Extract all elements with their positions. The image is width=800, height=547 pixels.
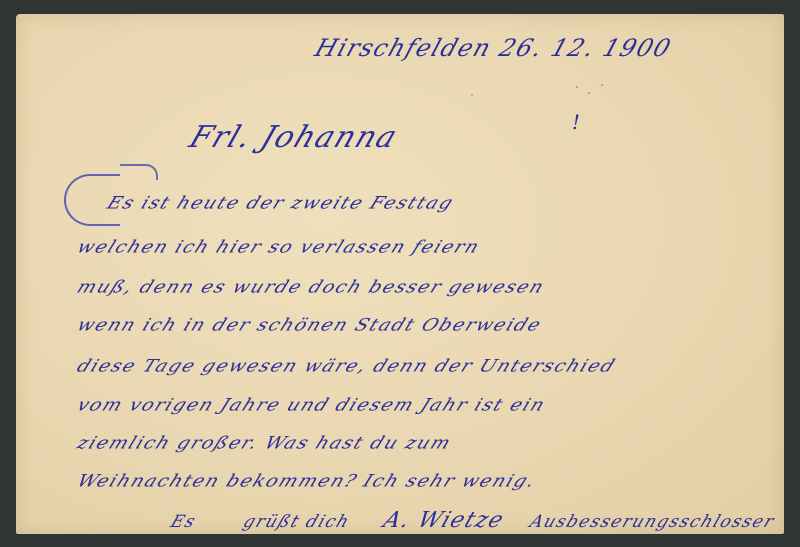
salutation-mark: ! — [572, 110, 582, 134]
closing-prefix: Es — [168, 512, 199, 532]
body-line: ziemlich großer. Was hast du zum — [74, 433, 455, 453]
postcard: Hirschfelden 26. 12. 1900 Frl. Johanna !… — [16, 14, 784, 534]
closing-greeting: grüßt dich — [240, 512, 353, 532]
body-line: muß, denn es wurde doch besser gewesen — [74, 277, 548, 297]
body-line: diese Tage gewesen wäre, denn der Unters… — [74, 356, 619, 376]
paper-speck — [588, 92, 590, 94]
body-line: vom vorigen Jahre und diesem Jahr ist ei… — [74, 395, 549, 415]
body-line: wenn ich in der schönen Stadt Oberweide — [74, 315, 545, 335]
initial-flourish — [120, 164, 158, 180]
signature-title: Ausbesserungsschlosser — [527, 512, 778, 532]
body-line: welchen ich hier so verlassen feiern — [74, 237, 483, 257]
dateline: Hirschfelden 26. 12. 1900 — [311, 34, 675, 62]
signature: A. Wietze — [380, 508, 508, 533]
paper-speck — [576, 86, 578, 88]
closing: Es grüßt dich A. Wietze Ausbesserungssch… — [167, 508, 779, 533]
salutation: Frl. Johanna — [185, 120, 403, 155]
paper-speck — [471, 94, 473, 96]
body-line: Es ist heute der zweite Festtag — [104, 193, 457, 213]
paper-speck — [601, 84, 603, 86]
body-line: Weihnachten bekommen? Ich sehr wenig. — [74, 471, 540, 491]
